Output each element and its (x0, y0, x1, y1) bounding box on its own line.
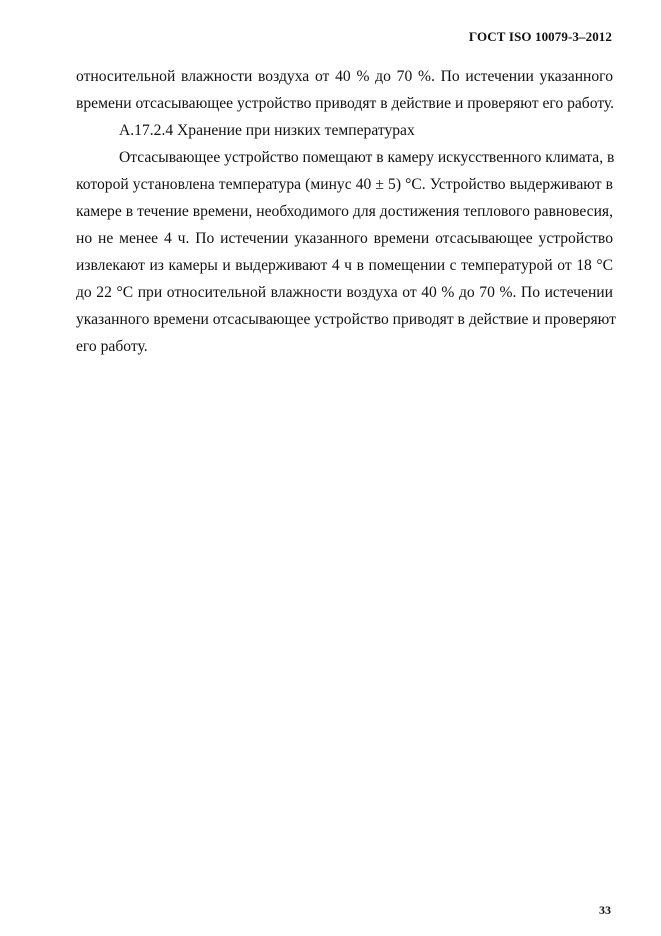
text-line: времени отсасывающее устройство приводят… (76, 90, 613, 117)
section-heading-text: А.17.2.4 Хранение при низких температура… (76, 117, 613, 144)
section-heading: А.17.2.4 Хранение при низких температура… (76, 117, 613, 144)
text-line: но не менее 4 ч. По истечении указанного… (76, 225, 613, 252)
text-line: относительной влажности воздуха от 40 % … (76, 63, 613, 90)
text-line: камере в течение времени, необходимого д… (76, 198, 613, 225)
page-number: 33 (599, 903, 611, 918)
document-code-header: ГОСТ ISO 10079-3–2012 (469, 29, 612, 45)
text-line: его работу. (76, 333, 613, 360)
text-line: Отсасывающее устройство помещают в камер… (76, 144, 613, 171)
paragraph-continuation: относительной влажности воздуха от 40 % … (76, 63, 613, 117)
text-line: до 22 °С при относительной влажности воз… (76, 279, 613, 306)
text-line: извлекают из камеры и выдерживают 4 ч в … (76, 252, 613, 279)
text-line: указанного времени отсасывающее устройст… (76, 306, 613, 333)
text-line: которой установлена температура (минус 4… (76, 171, 613, 198)
body-text: относительной влажности воздуха от 40 % … (76, 63, 613, 360)
paragraph-low-temperature-storage: Отсасывающее устройство помещают в камер… (76, 144, 613, 360)
